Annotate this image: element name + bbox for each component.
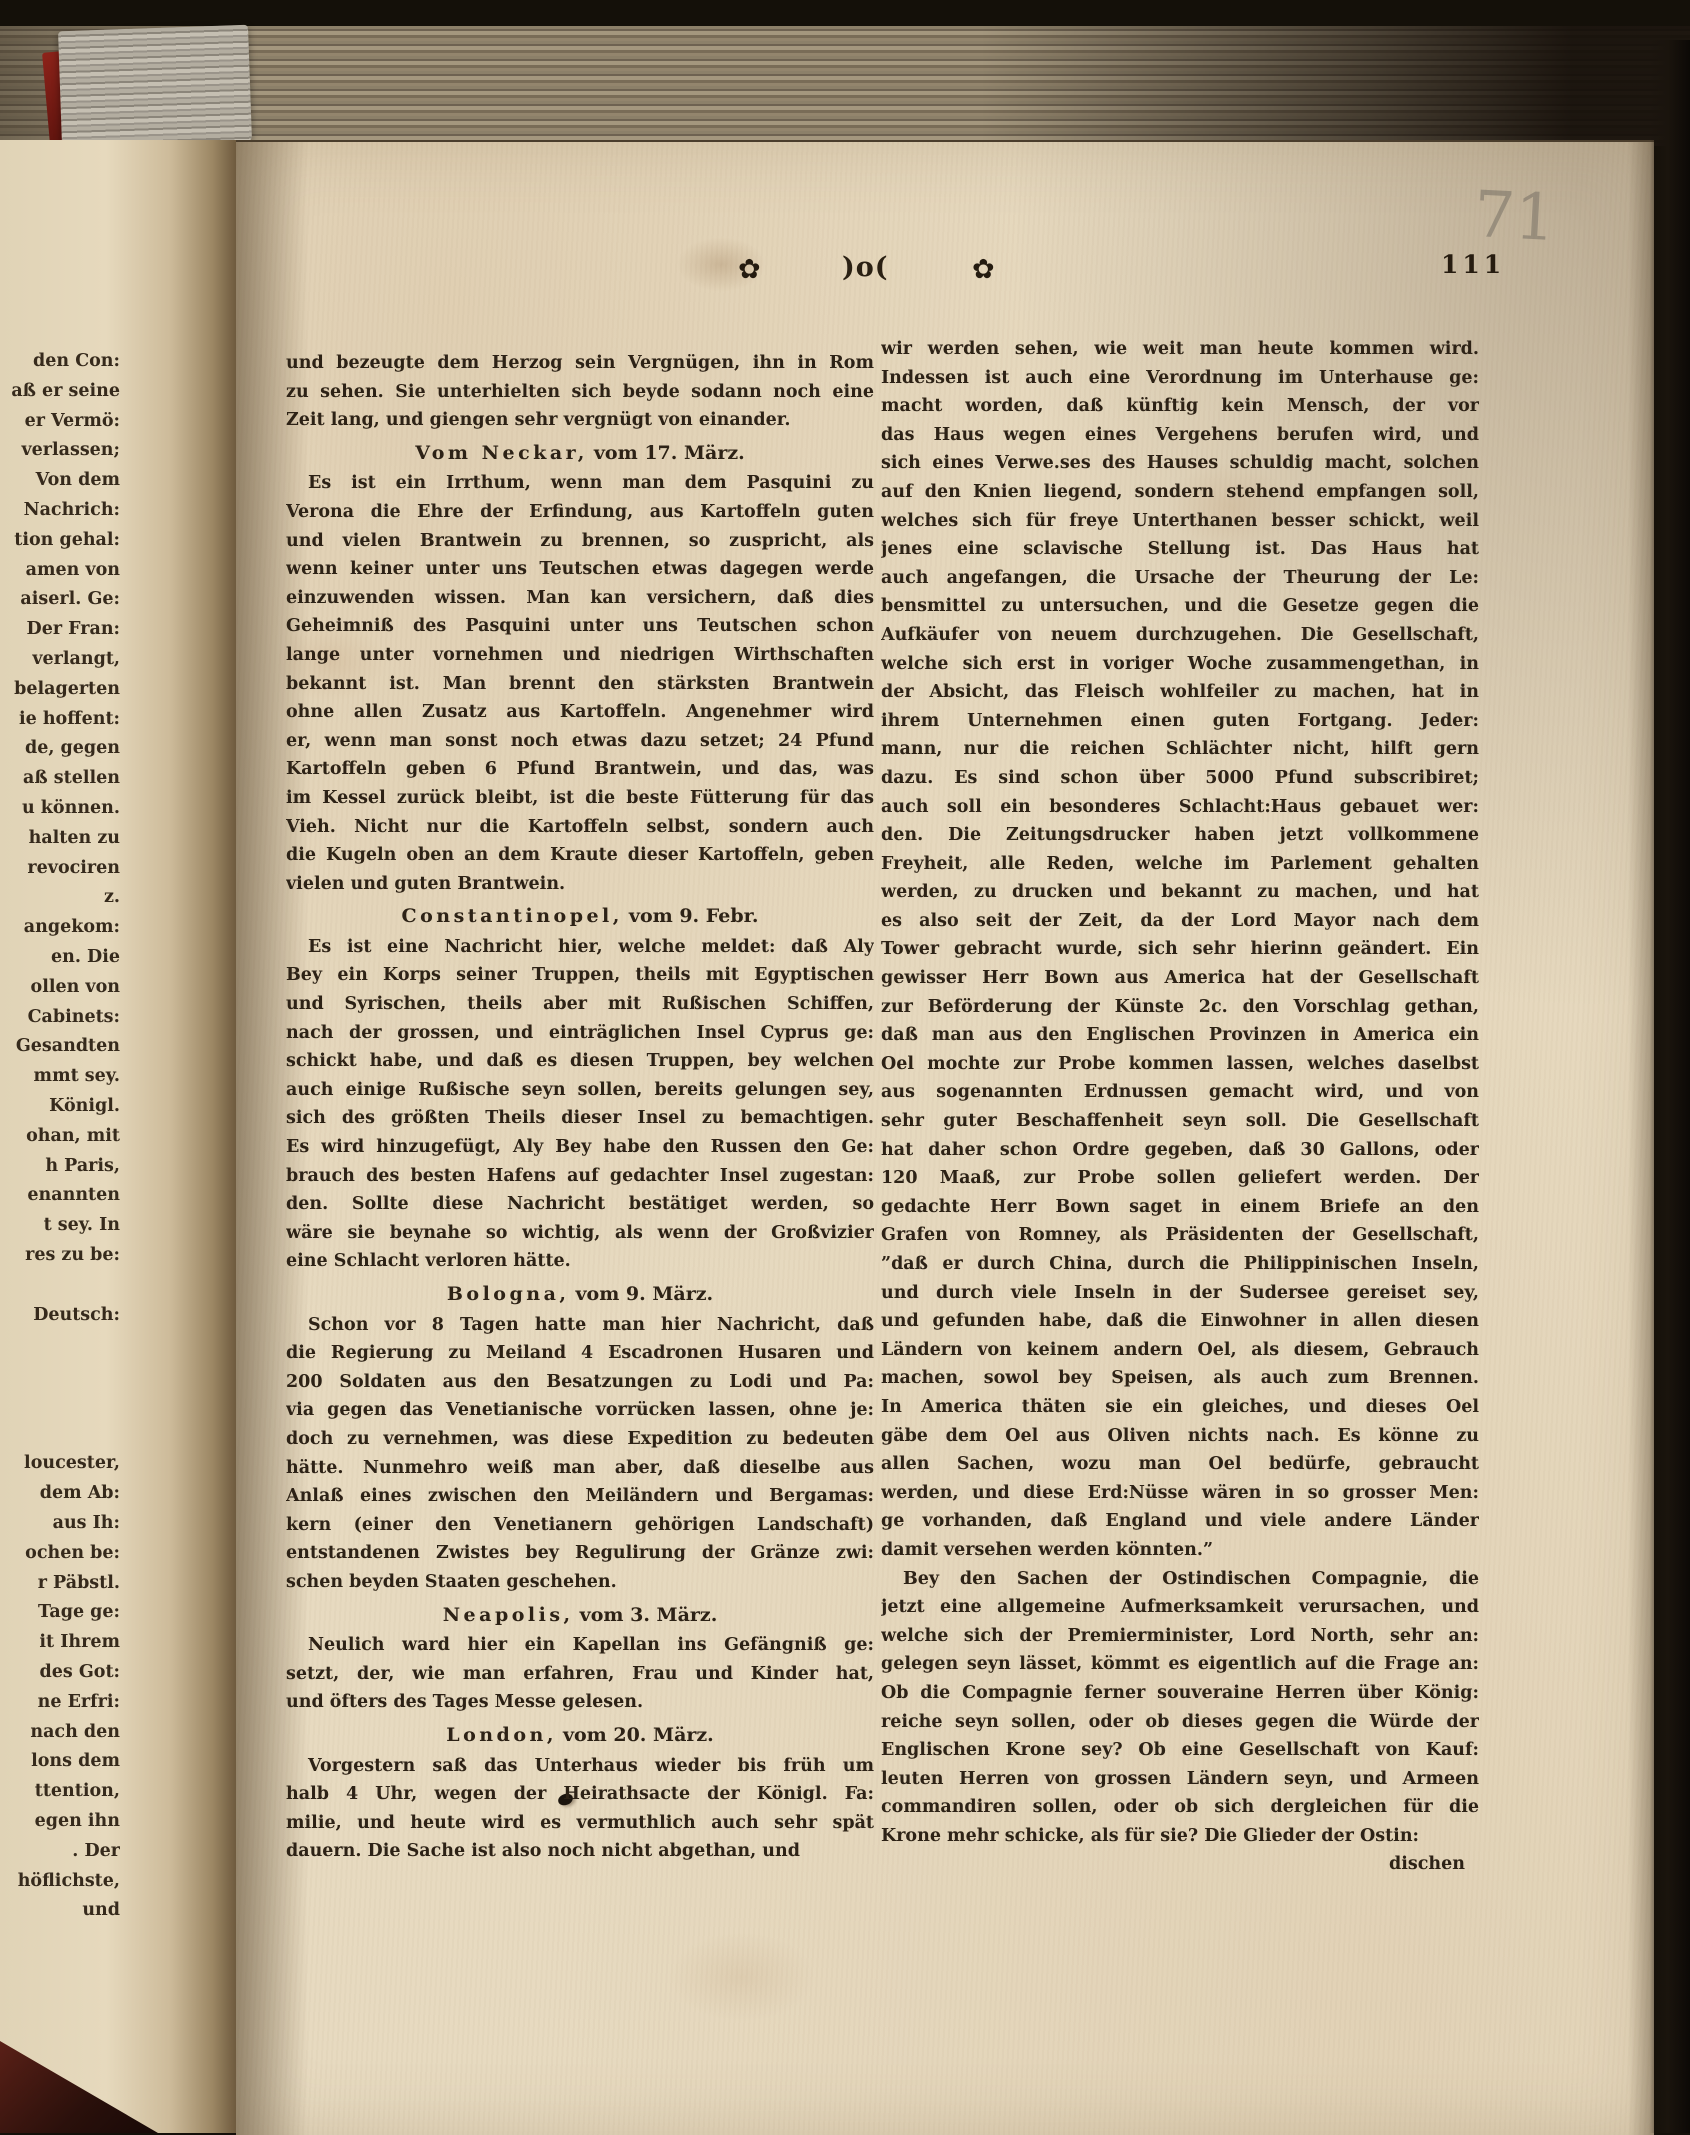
text-line: es also seit der Zeit, da der Lord Mayor… [881,907,1479,936]
text-line: Verona die Ehre der Erfindung, aus Karto… [286,498,874,527]
text-line: kern (einer den Venetianern gehörigen La… [286,1511,874,1540]
text-line: Es wird hinzugefügt, Aly Bey habe den Ru… [286,1133,874,1162]
text-line: ohne allen Zusatz aus Kartoffeln. Angene… [286,698,874,727]
facing-page-fragment: ne Erfri: [0,1688,120,1718]
left-column: und bezeugte dem Herzog sein Vergnügen, … [286,349,874,1866]
text-line: schickt habe, und daß es diesen Truppen,… [286,1047,874,1076]
text-line: Anlaß eines zwischen den Meiländern und … [286,1482,874,1511]
paper-stain [666,1932,816,2022]
text-line: Geheimniß des Pasquini unter uns Teutsch… [286,612,874,641]
right-column: wir werden sehen, wie weit man heute kom… [881,335,1479,1879]
dateline-heading: Neapolis,vom 3. März. [286,1601,874,1630]
facing-page-fragment [0,1390,120,1420]
facing-page-fragment: revociren [0,854,120,884]
facing-page-fragment: verlangt, [0,645,120,675]
fleuron-ornament-icon: ✿ [972,254,995,285]
page-number: 111 [1441,250,1505,279]
text-line: wäre sie beynahe so wichtig, als wenn de… [286,1219,874,1248]
text-line: Freyheit, alle Reden, welche im Parlemen… [881,850,1479,879]
text-line: auch soll ein besonderes Schlacht:Haus g… [881,793,1479,822]
paragraph: wir werden sehen, wie weit man heute kom… [881,335,1479,1565]
text-line: gedachte Herr Bown saget in einem Briefe… [881,1193,1479,1222]
facing-page-fragment: enannten [0,1181,120,1211]
facing-page-fragment: ochen be: [0,1539,120,1569]
catchword: dischen [881,1850,1479,1879]
facing-page-fragment: Deutsch: [0,1301,120,1331]
fleuron-ornament-icon: ✿ [738,254,761,285]
facing-page-fragment: Gesandten [0,1032,120,1062]
dateline-place: Vom Neckar, [415,442,588,464]
facing-page-fragment: Königl. [0,1092,120,1122]
facing-page-fragment: aß er seine [0,377,120,407]
facing-page-fragment [0,1330,120,1360]
text-line: Indessen ist auch eine Verordnung im Unt… [881,364,1479,393]
text-line: commandiren sollen, oder ob sich derglei… [881,1793,1479,1822]
text-line: welche sich der Premierminister, Lord No… [881,1622,1479,1651]
facing-page-fragment: angekom: [0,913,120,943]
paragraph: Bey den Sachen der Ostindischen Compagni… [881,1565,1479,1851]
facing-page-fragment: aß stellen [0,764,120,794]
header-signature-mark: )o( [842,252,889,283]
left-page-stack [58,25,252,148]
facing-page-text-fragments: den Con:aß er seineer Vermö:verlassen;Vo… [0,347,120,1926]
text-line: die Kugeln oben an dem Kraute dieser Kar… [286,841,874,870]
text-line: einzuwenden wissen. Man kan versichern, … [286,584,874,613]
text-line: entstandenen Zwistes bey Regulirung der … [286,1539,874,1568]
text-line: allen Sachen, wozu man Oel bedürfe, gebr… [881,1450,1479,1479]
text-line: halb 4 Uhr, wegen der Heirathsacte der K… [286,1780,874,1809]
facing-page-fragment [0,1271,120,1301]
text-line: Es ist ein Irrthum, wenn man dem Pasquin… [286,469,874,498]
text-line: auch angefangen, die Ursache der Theurun… [881,564,1479,593]
text-line: Bey ein Korps seiner Truppen, theils mit… [286,961,874,990]
facing-page-fragment: höflichste, [0,1867,120,1897]
facing-page-fragment: . Der [0,1837,120,1867]
text-line: gewisser Herr Bown aus America hat der G… [881,964,1479,993]
text-line: Oel mochte zur Probe kommen lassen, welc… [881,1050,1479,1079]
text-line: Vorgestern saß das Unterhaus wieder bis … [286,1752,874,1781]
text-line: den. Sollte diese Nachricht bestätiget w… [286,1190,874,1219]
text-line: ihrem Unternehmen einen guten Fortgang. … [881,707,1479,736]
text-line: er, wenn man sonst noch etwas dazu setze… [286,727,874,756]
text-line: Krone mehr schicke, als für sie? Die Gli… [881,1822,1479,1851]
dateline-date: vom 3. März. [580,1604,718,1626]
text-line: macht worden, daß künftig kein Mensch, d… [881,392,1479,421]
facing-page-fragment: z. [0,883,120,913]
text-line: und bezeugte dem Herzog sein Vergnügen, … [286,349,874,378]
text-line: wir werden sehen, wie weit man heute kom… [881,335,1479,364]
text-line: welche sich erst in voriger Woche zusamm… [881,650,1479,679]
text-line: via gegen das Venetianische vorrücken la… [286,1396,874,1425]
text-line: die Regierung zu Meiland 4 Escadronen Hu… [286,1339,874,1368]
facing-page-fragment: nach den [0,1718,120,1748]
text-line: machen, sowol bey Speisen, als auch zum … [881,1364,1479,1393]
facing-page-fragment: ie hoffent: [0,705,120,735]
facing-page-fragment [0,1420,120,1450]
facing-page-fragment: mmt sey. [0,1062,120,1092]
photo-background-right [1650,40,1690,2133]
dateline-place: Constantinopel, [402,905,623,927]
paragraph: Es ist eine Nachricht hier, welche melde… [286,933,874,1276]
facing-page-fragment: des Got: [0,1658,120,1688]
paragraph: Schon vor 8 Tagen hatte man hier Nachric… [286,1311,874,1597]
facing-page-fragment: und [0,1896,120,1926]
facing-page-fragment: it Ihrem [0,1628,120,1658]
text-line: Ob die Compagnie ferner souveraine Herre… [881,1679,1479,1708]
text-line: Neulich ward hier ein Kapellan ins Gefän… [286,1631,874,1660]
facing-page-fragment: Der Fran: [0,615,120,645]
text-line: schen beyden Staaten geschehen. [286,1568,874,1597]
facing-page-fragment: tion gehal: [0,526,120,556]
text-line: werden, und diese Erd:Nüsse wären in so … [881,1479,1479,1508]
text-line: und Syrischen, theils aber mit Rußischen… [286,990,874,1019]
facing-page-fragment: egen ihn [0,1807,120,1837]
book-top-page-edges [0,26,1690,146]
text-line: zu sehen. Sie unterhielten sich beyde so… [286,378,874,407]
facing-page-fragment: aus Ih: [0,1509,120,1539]
text-line: das Haus wegen eines Vergehens berufen w… [881,421,1479,450]
facing-page-fragment: den Con: [0,347,120,377]
text-line: den. Die Zeitungsdrucker haben jetzt vol… [881,821,1479,850]
text-line: gäbe dem Oel aus Oliven nichts nach. Es … [881,1422,1479,1451]
dateline-place: Bologna, [447,1283,570,1305]
text-line: Tower gebracht wurde, sich sehr hierinn … [881,935,1479,964]
text-line: leuten Herren von grossen Ländern seyn, … [881,1765,1479,1794]
text-line: ”daß er durch China, durch die Philippin… [881,1250,1479,1279]
facing-page-fragment [0,1360,120,1390]
text-line: werden, zu drucken und bekannt zu machen… [881,878,1479,907]
text-line: aus sogenannten Erdnussen gemacht wird, … [881,1078,1479,1107]
text-line: auf den Knien liegend, sondern stehend e… [881,478,1479,507]
facing-page-fragment: halten zu [0,824,120,854]
dateline-date: vom 17. März. [594,442,745,464]
dateline-heading: Bologna,vom 9. März. [286,1280,874,1309]
text-line: Grafen von Romney, als Präsidenten der G… [881,1221,1479,1250]
text-line: In America thäten sie ein gleiches, und … [881,1393,1479,1422]
facing-page-fragment: Tage ge: [0,1598,120,1628]
text-line: doch zu vernehmen, was diese Expedition … [286,1425,874,1454]
text-line: milie, und heute wird es vermuthlich auc… [286,1809,874,1838]
text-line: vielen und guten Brantwein. [286,870,874,899]
facing-page-fragment: r Päbstl. [0,1569,120,1599]
dateline-date: vom 9. März. [576,1283,714,1305]
facing-page-fragment: en. Die [0,943,120,973]
facing-page-fragment: belagerten [0,675,120,705]
dateline-heading: Constantinopel,vom 9. Febr. [286,902,874,931]
text-line: hätte. Nunmehro weiß man aber, daß diese… [286,1454,874,1483]
text-line: und durch viele Inseln in der Sudersee g… [881,1279,1479,1308]
text-line: 120 Maaß, zur Probe sollen geliefert wer… [881,1164,1479,1193]
text-line: Ländern von keinem andern Oel, als diese… [881,1336,1479,1365]
text-line: reiche seyn sollen, oder ob dieses gegen… [881,1708,1479,1737]
text-line: im Kessel zurück bleibt, ist die beste F… [286,784,874,813]
facing-page-fragment: u können. [0,794,120,824]
text-line: Englischen Krone sey? Ob eine Gesellscha… [881,1736,1479,1765]
text-line: hat daher schon Ordre gegeben, daß 30 Ga… [881,1136,1479,1165]
text-line: Bey den Sachen der Ostindischen Compagni… [881,1565,1479,1594]
facing-page-fragment: verlassen; [0,436,120,466]
text-line: sich des größten Theils dieser Insel zu … [286,1104,874,1133]
text-line: 200 Soldaten aus den Besatzungen zu Lodi… [286,1368,874,1397]
facing-page-fragment: er Vermö: [0,407,120,437]
text-line: Es ist eine Nachricht hier, welche melde… [286,933,874,962]
facing-page-edge: den Con:aß er seineer Vermö:verlassen;Vo… [0,140,236,2133]
text-line: Vieh. Nicht nur die Kartoffeln selbst, s… [286,813,874,842]
paragraph: Es ist ein Irrthum, wenn man dem Pasquin… [286,469,874,898]
dateline-heading: London,vom 20. März. [286,1721,874,1750]
text-line: Aufkäufer von neuem durchzugehen. Die Ge… [881,621,1479,650]
text-line: bensmittel zu untersuchen, und die Geset… [881,592,1479,621]
text-line: wenn keiner unter uns Teutschen etwas da… [286,555,874,584]
text-line: sehr guter Beschaffenheit seyn soll. Die… [881,1107,1479,1136]
facing-page-fragment: ollen von [0,973,120,1003]
text-line: daß man aus den Englischen Provinzen in … [881,1021,1479,1050]
text-line: auch einige Rußische seyn sollen, bereit… [286,1076,874,1105]
text-line: jenes eine sclavische Stellung ist. Das … [881,535,1479,564]
book-page: ✿ )o( ✿ 111 71 und bezeugte dem Herzog s… [236,140,1654,2133]
facing-page-fragment: ohan, mit [0,1122,120,1152]
text-line: und vielen Brantwein zu brennen, so zusp… [286,527,874,556]
paragraph: Neulich ward hier ein Kapellan ins Gefän… [286,1631,874,1717]
text-line: jetzt eine allgemeine Aufmerksamkeit ver… [881,1593,1479,1622]
facing-page-fragment: amen von [0,556,120,586]
dateline-date: vom 20. März. [563,1724,714,1746]
text-line: mann, nur die reichen Schlächter nicht, … [881,735,1479,764]
facing-page-fragment: aiserl. Ge: [0,585,120,615]
text-line: und öfters des Tages Messe gelesen. [286,1688,874,1717]
text-line: nach der grossen, und einträglichen Inse… [286,1019,874,1048]
dateline-heading: Vom Neckar,vom 17. März. [286,439,874,468]
text-line: bekannt ist. Man brennt den stärksten Br… [286,670,874,699]
book-photo: den Con:aß er seineer Vermö:verlassen;Vo… [0,0,1690,2133]
text-line: Zeit lang, und giengen sehr vergnügt von… [286,406,874,435]
paragraph: und bezeugte dem Herzog sein Vergnügen, … [286,349,874,435]
facing-page-fragment: lons dem [0,1747,120,1777]
facing-page-fragment: de, gegen [0,734,120,764]
dateline-place: London, [446,1724,557,1746]
paragraph: Vorgestern saß das Unterhaus wieder bis … [286,1752,874,1866]
facing-page-fragment: ttention, [0,1777,120,1807]
text-line: und gefunden habe, daß die Einwohner in … [881,1307,1479,1336]
text-line: welches sich für freye Unterthanen besse… [881,507,1479,536]
facing-page-fragment: res zu be: [0,1241,120,1271]
text-line: sich eines Verwe.ses des Hauses schuldig… [881,449,1479,478]
text-line: eine Schlacht verloren hätte. [286,1247,874,1276]
text-line: setzt, der, wie man erfahren, Frau und K… [286,1660,874,1689]
facing-page-fragment: loucester, [0,1449,120,1479]
text-line: Kartoffeln geben 6 Pfund Brantwein, und … [286,755,874,784]
text-line: lange unter vornehmen und niedrigen Wirt… [286,641,874,670]
text-line: ge vorhanden, daß England und viele ande… [881,1507,1479,1536]
text-line: zur Beförderung der Künste 2c. den Vorsc… [881,993,1479,1022]
facing-page-fragment: h Paris, [0,1152,120,1182]
text-line: dauern. Die Sache ist also noch nicht ab… [286,1837,874,1866]
facing-page-fragment: Von dem [0,466,120,496]
text-line: Schon vor 8 Tagen hatte man hier Nachric… [286,1311,874,1340]
text-line: damit versehen werden könnten.” [881,1536,1479,1565]
dateline-place: Neapolis, [443,1604,574,1626]
facing-page-fragment: t sey. In [0,1211,120,1241]
pencil-folio-note: 71 [1472,178,1557,256]
text-line: der Absicht, das Fleisch wohlfeiler zu m… [881,678,1479,707]
text-line: gelegen seyn lässet, kömmt es eigentlich… [881,1650,1479,1679]
text-line: dazu. Es sind schon über 5000 Pfund subs… [881,764,1479,793]
facing-page-fragment: Nachrich: [0,496,120,526]
facing-page-fragment: dem Ab: [0,1479,120,1509]
dateline-date: vom 9. Febr. [629,905,759,927]
facing-page-fragment: Cabinets: [0,1003,120,1033]
text-line: brauch des besten Hafens auf gedachter I… [286,1162,874,1191]
